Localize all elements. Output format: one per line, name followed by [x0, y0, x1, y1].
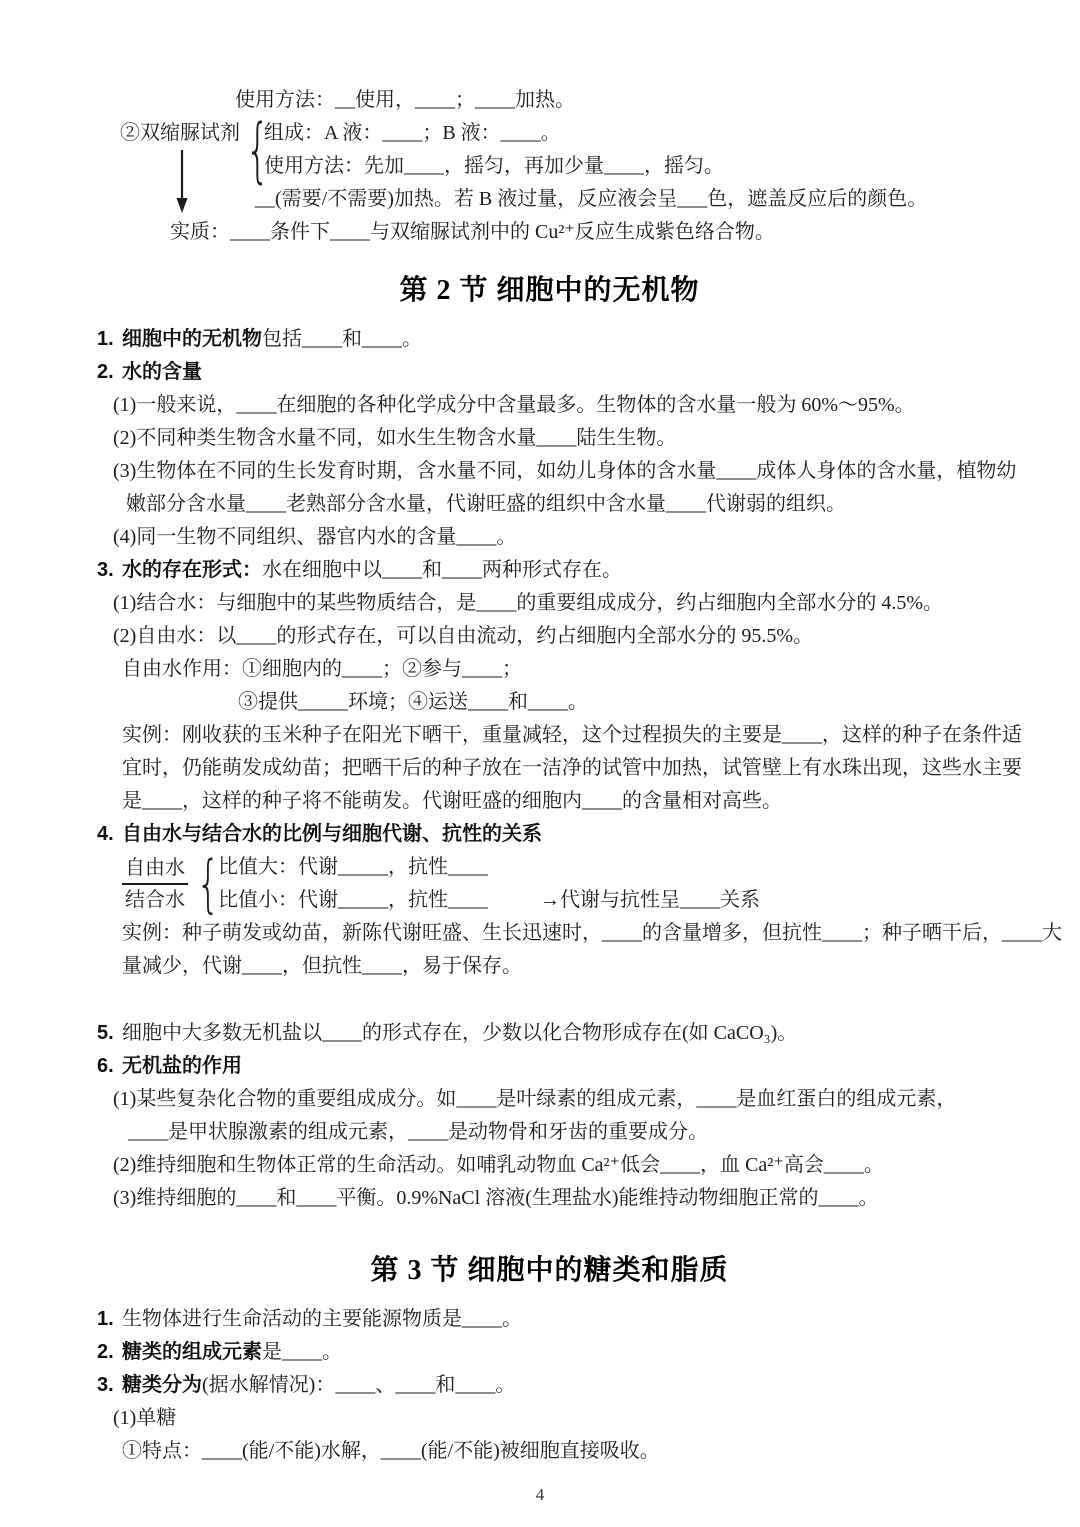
list-item: (3)维持细胞的____和____平衡。0.9%NaCl 溶液(生理盐水)能维持…: [113, 1182, 1002, 1215]
item-number: 5.: [97, 1017, 122, 1050]
item-bold-label: 无机盐的作用: [122, 1055, 242, 1077]
list-item: 3.糖类分为(据水解情况)：____、____和____。: [97, 1369, 1002, 1402]
list-item: (1)结合水：与细胞中的某些物质结合，是____的重要组成成分，约占细胞内全部水…: [113, 587, 1002, 620]
fraction-denominator: 结合水: [122, 885, 188, 915]
item-number: 3.: [97, 1369, 122, 1402]
list-item: ①特点：____(能/不能)水解，____(能/不能)被细胞直接吸收。: [122, 1435, 1002, 1468]
ratio-conclusion: →代谢与抗性呈____关系: [540, 889, 760, 911]
fraction-numerator: 自由水: [122, 853, 188, 885]
item-bold-label: 糖类的组成元素: [122, 1341, 262, 1363]
left-brace: {: [245, 117, 258, 183]
list-item: (2)自由水：以____的形式存在，可以自由流动，约占细胞内全部水分的 95.5…: [113, 620, 1002, 653]
worksheet-page: 使用方法：__使用，____；____加热。 ②双缩脲试剂 { 组成：A 液：_…: [0, 0, 1080, 1527]
item-bold-label: 水的存在形式：: [122, 559, 262, 581]
item-bold-label: 糖类分为: [122, 1374, 202, 1396]
item-text: 细胞中大多数无机盐以____的形式存在，少数以化合物形成存在(如 CaCO₃)。: [122, 1022, 797, 1044]
item-text: (据水解情况)：____、____和____。: [202, 1374, 515, 1396]
list-item: (2)不同种类生物含水量不同，如水生生物含水量____陆生生物。: [113, 422, 1002, 455]
list-item: (1)一般来说，____在细胞的各种化学成分中含量最多。生物体的含水量一般为 6…: [113, 389, 1002, 422]
free-water-role-line: 自由水作用：①细胞内的____；②参与____；: [122, 653, 1002, 686]
method-line: 使用方法：先加____，摇匀，再加少量____，摇匀。: [264, 150, 724, 183]
list-item: 1.生物体进行生命活动的主要能源物质是____。: [97, 1303, 1002, 1336]
page-number: 4: [0, 1485, 1080, 1505]
example-line: 宜时，仍能萌发成幼苗；把晒干后的种子放在一洁净的试管中加热，试管壁上有水珠出现，…: [122, 752, 1002, 785]
list-item: 2.水的含量: [97, 356, 1002, 389]
biuret-reagent-diagram: 使用方法：__使用，____；____加热。 ②双缩脲试剂 { 组成：A 液：_…: [97, 84, 1002, 249]
essence-text: ____条件下____与双缩脲试剂中的 Cu²⁺反应生成紫色络合物。: [230, 221, 775, 243]
down-arrow-icon: [175, 150, 189, 214]
item-bold-label: 自由水与结合水的比例与细胞代谢、抗性的关系: [122, 823, 542, 845]
ratio-lines: 比值大：代谢_____，抗性____ 比值小：代谢_____，抗性____→代谢…: [218, 851, 760, 917]
braced-lines: 组成：A 液：____；B 液：____。 使用方法：先加____，摇匀，再加少…: [264, 117, 724, 183]
list-item: 1.细胞中的无机物包括____和____。: [97, 323, 1002, 356]
item-text: 水在细胞中以____和____两种形式存在。: [262, 559, 622, 581]
reagent-label: ②双缩脲试剂: [120, 117, 240, 150]
water-ratio-diagram: 自由水 结合水 { 比值大：代谢_____，抗性____ 比值小：代谢_____…: [122, 851, 1002, 917]
list-item: (1)某些复杂化合物的重要组成成分。如____是叶绿素的组成元素，____是血红…: [113, 1083, 1002, 1116]
item-number: 4.: [97, 818, 122, 851]
list-item: 2.糖类的组成元素是____。: [97, 1336, 1002, 1369]
list-item: 3.水的存在形式：水在细胞中以____和____两种形式存在。: [97, 554, 1002, 587]
example-line: 实例：刚收获的玉米种子在阳光下晒干，重量减轻，这个过程损失的主要是____，这样…: [122, 719, 1002, 752]
item-number: 3.: [97, 554, 122, 587]
list-item: 4.自由水与结合水的比例与细胞代谢、抗性的关系: [97, 818, 1002, 851]
item-text: 生物体进行生命活动的主要能源物质是____。: [122, 1308, 522, 1330]
example-line: 量减少，代谢____，但抗性____，易于保存。: [122, 950, 1002, 983]
free-water-role-line: ③提供_____环境；④运送____和____。: [238, 686, 1002, 719]
ratio-line-small: 比值小：代谢_____，抗性____→代谢与抗性呈____关系: [218, 884, 760, 917]
worksheet-content: 使用方法：__使用，____；____加热。 ②双缩脲试剂 { 组成：A 液：_…: [97, 84, 1002, 1468]
item-number: 2.: [97, 1336, 122, 1369]
section2-title: 第 2 节 细胞中的无机物: [97, 271, 1002, 311]
essence-line: 实质：____条件下____与双缩脲试剂中的 Cu²⁺反应生成紫色络合物。: [170, 216, 1002, 249]
spacer: [97, 983, 1002, 1017]
item-text: 包括____和____。: [262, 328, 422, 350]
composition-line: 组成：A 液：____；B 液：____。: [264, 117, 724, 150]
example-line: 是____，这样的种子将不能萌发。代谢旺盛的细胞内____的含量相对高些。: [122, 785, 1002, 818]
list-item: 5.细胞中大多数无机盐以____的形式存在，少数以化合物形成存在(如 CaCO₃…: [97, 1017, 1002, 1050]
list-item: (4)同一生物不同组织、器官内水的含量____。: [113, 521, 1002, 554]
fraction: 自由水 结合水: [122, 853, 188, 915]
heating-note-line: __(需要/不需要)加热。若 B 液过量，反应液会呈___色，遮盖反应后的颜色。: [255, 183, 1002, 216]
list-item: (3)生物体在不同的生长发育时期，含水量不同，如幼儿身体的含水量____成体人身…: [113, 455, 1002, 488]
item-number: 1.: [97, 323, 122, 356]
list-item: 6.无机盐的作用: [97, 1050, 1002, 1083]
list-item: (1)单糖: [113, 1402, 1002, 1435]
example-line: 实例：种子萌发或幼苗，新陈代谢旺盛、生长迅速时，____的含量增多，但抗性___…: [122, 917, 1002, 950]
list-item: ____是甲状腺激素的组成元素，____是动物骨和牙齿的重要成分。: [128, 1116, 1002, 1149]
item-bold-label: 水的含量: [122, 361, 202, 383]
item-bold-label: 细胞中的无机物: [122, 328, 262, 350]
ratio-line-big: 比值大：代谢_____，抗性____: [218, 851, 760, 884]
list-item: (2)维持细胞和生物体正常的生命活动。如哺乳动物血 Ca²⁺低会____，血 C…: [113, 1149, 1002, 1182]
left-brace: {: [196, 851, 209, 917]
reagent-brace-row: ②双缩脲试剂 { 组成：A 液：____；B 液：____。 使用方法：先加__…: [120, 117, 1002, 183]
usage-method-line: 使用方法：__使用，____；____加热。: [235, 84, 1002, 117]
item-text: 是____。: [262, 1341, 342, 1363]
item-number: 1.: [97, 1303, 122, 1336]
item-number: 6.: [97, 1050, 122, 1083]
item-number: 2.: [97, 356, 122, 389]
essence-label: 实质：: [170, 221, 230, 243]
section3-title: 第 3 节 细胞中的糖类和脂质: [97, 1251, 1002, 1291]
ratio-line-small-text: 比值小：代谢_____，抗性____: [218, 889, 488, 911]
list-item: 嫩部分含水量____老熟部分含水量，代谢旺盛的组织中含水量____代谢弱的组织。: [126, 488, 1002, 521]
